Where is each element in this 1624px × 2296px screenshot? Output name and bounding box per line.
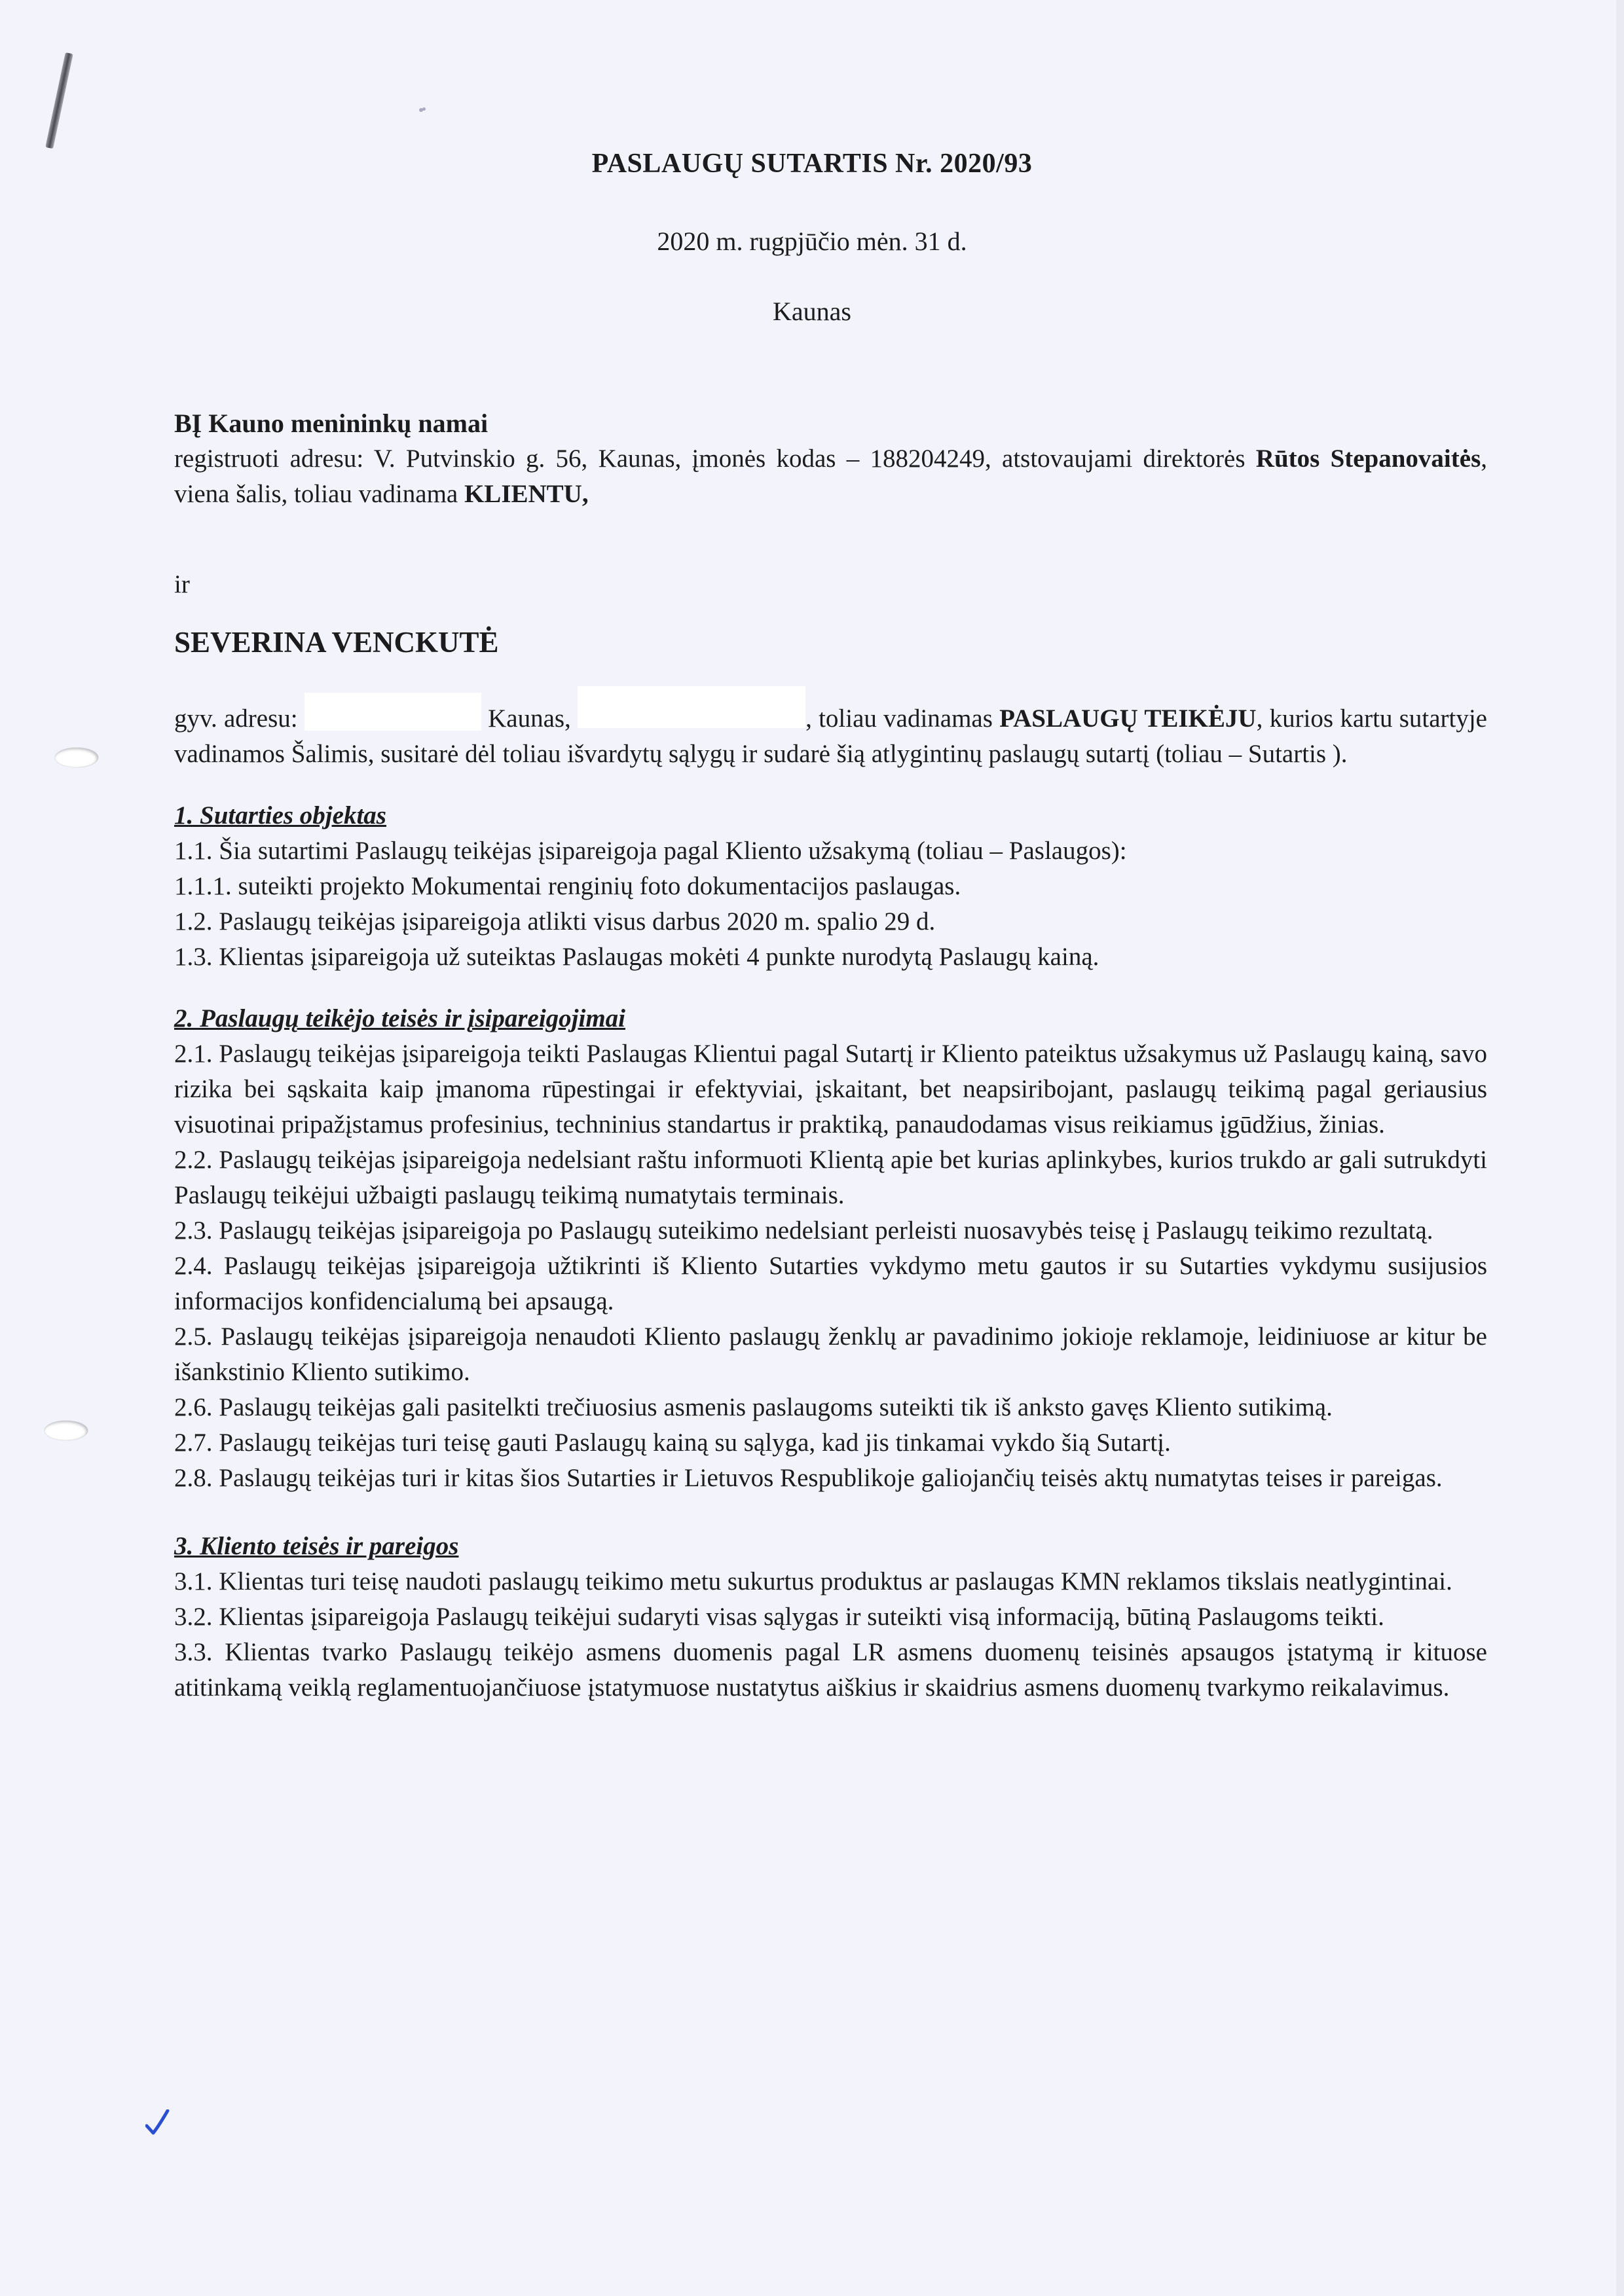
clause: 1.3. Klientas įsipareigoja už suteiktas … xyxy=(174,939,1487,975)
scan-speck xyxy=(422,107,426,111)
client-address-text: registruoti adresu: V. Putvinskio g. 56,… xyxy=(174,445,1256,473)
section-title: 2. Paslaugų teikėjo teisės ir įsipareigo… xyxy=(174,1001,1487,1036)
document-body: BĮ Kauno menininkų namai registruoti adr… xyxy=(174,406,1487,1705)
clause: 2.2. Paslaugų teikėjas įsipareigoja nede… xyxy=(174,1142,1487,1213)
clause: 2.5. Paslaugų teikėjas įsipareigoja nena… xyxy=(174,1319,1487,1390)
provider-address-label: gyv. adresu: xyxy=(174,704,298,733)
page-edge xyxy=(1616,0,1624,2296)
clause: 1.1.1. suteikti projekto Mokumentai reng… xyxy=(174,869,1487,904)
provider-city: Kaunas, xyxy=(488,704,571,733)
provider-details: gyv. adresu: Kaunas, , toliau vadinamas … xyxy=(174,686,1487,772)
conjunction: ir xyxy=(174,567,1487,602)
document-place: Kaunas xyxy=(0,296,1624,327)
provider-name: SEVERINA VENCKUTĖ xyxy=(174,625,1487,660)
clause: 3.3. Klientas tvarko Paslaugų teikėjo as… xyxy=(174,1635,1487,1705)
document-title: PASLAUGŲ SUTARTIS Nr. 2020/93 xyxy=(0,148,1624,179)
clause: 1.2. Paslaugų teikėjas įsipareigoja atli… xyxy=(174,904,1487,939)
clause: 3.2. Klientas įsipareigoja Paslaugų teik… xyxy=(174,1599,1487,1635)
section-title: 1. Sutarties objektas xyxy=(174,798,1487,833)
client-name: BĮ Kauno menininkų namai xyxy=(174,406,1487,441)
clause: 2.3. Paslaugų teikėjas įsipareigoja po P… xyxy=(174,1213,1487,1248)
clause: 3.1. Klientas turi teisę naudoti paslaug… xyxy=(174,1564,1487,1599)
document-page: PASLAUGŲ SUTARTIS Nr. 2020/93 2020 m. ru… xyxy=(0,0,1624,2296)
client-details: registruoti adresu: V. Putvinskio g. 56,… xyxy=(174,441,1487,512)
handwritten-checkmark-icon xyxy=(145,2109,172,2140)
clause: 2.1. Paslaugų teikėjas įsipareigoja teik… xyxy=(174,1036,1487,1142)
client-director: Rūtos Stepanovaitės xyxy=(1256,445,1481,473)
clause: 2.6. Paslaugų teikėjas gali pasitelkti t… xyxy=(174,1390,1487,1425)
staple-icon xyxy=(45,52,73,149)
section-2: 2. Paslaugų teikėjo teisės ir įsipareigo… xyxy=(174,1001,1487,1496)
clause: 2.7. Paslaugų teikėjas turi teisę gauti … xyxy=(174,1425,1487,1461)
provider-role: PASLAUGŲ TEIKĖJU xyxy=(999,704,1256,733)
document-date: 2020 m. rugpjūčio mėn. 31 d. xyxy=(0,226,1624,257)
provider-mid-text: , toliau vadinamas xyxy=(805,704,999,733)
punch-hole-icon xyxy=(55,748,98,767)
section-title: 3. Kliento teisės ir pareigos xyxy=(174,1529,1487,1564)
clause: 1.1. Šia sutartimi Paslaugų teikėjas įsi… xyxy=(174,833,1487,869)
clause: 2.4. Paslaugų teikėjas įsipareigoja užti… xyxy=(174,1248,1487,1319)
redaction-box xyxy=(578,686,805,728)
clause: 2.8. Paslaugų teikėjas turi ir kitas šio… xyxy=(174,1461,1487,1496)
section-1: 1. Sutarties objektas 1.1. Šia sutartimi… xyxy=(174,798,1487,975)
redaction-box xyxy=(304,693,481,731)
section-3: 3. Kliento teisės ir pareigos 3.1. Klien… xyxy=(174,1529,1487,1705)
punch-hole-icon xyxy=(45,1421,88,1440)
client-role: KLIENTU, xyxy=(464,480,589,508)
